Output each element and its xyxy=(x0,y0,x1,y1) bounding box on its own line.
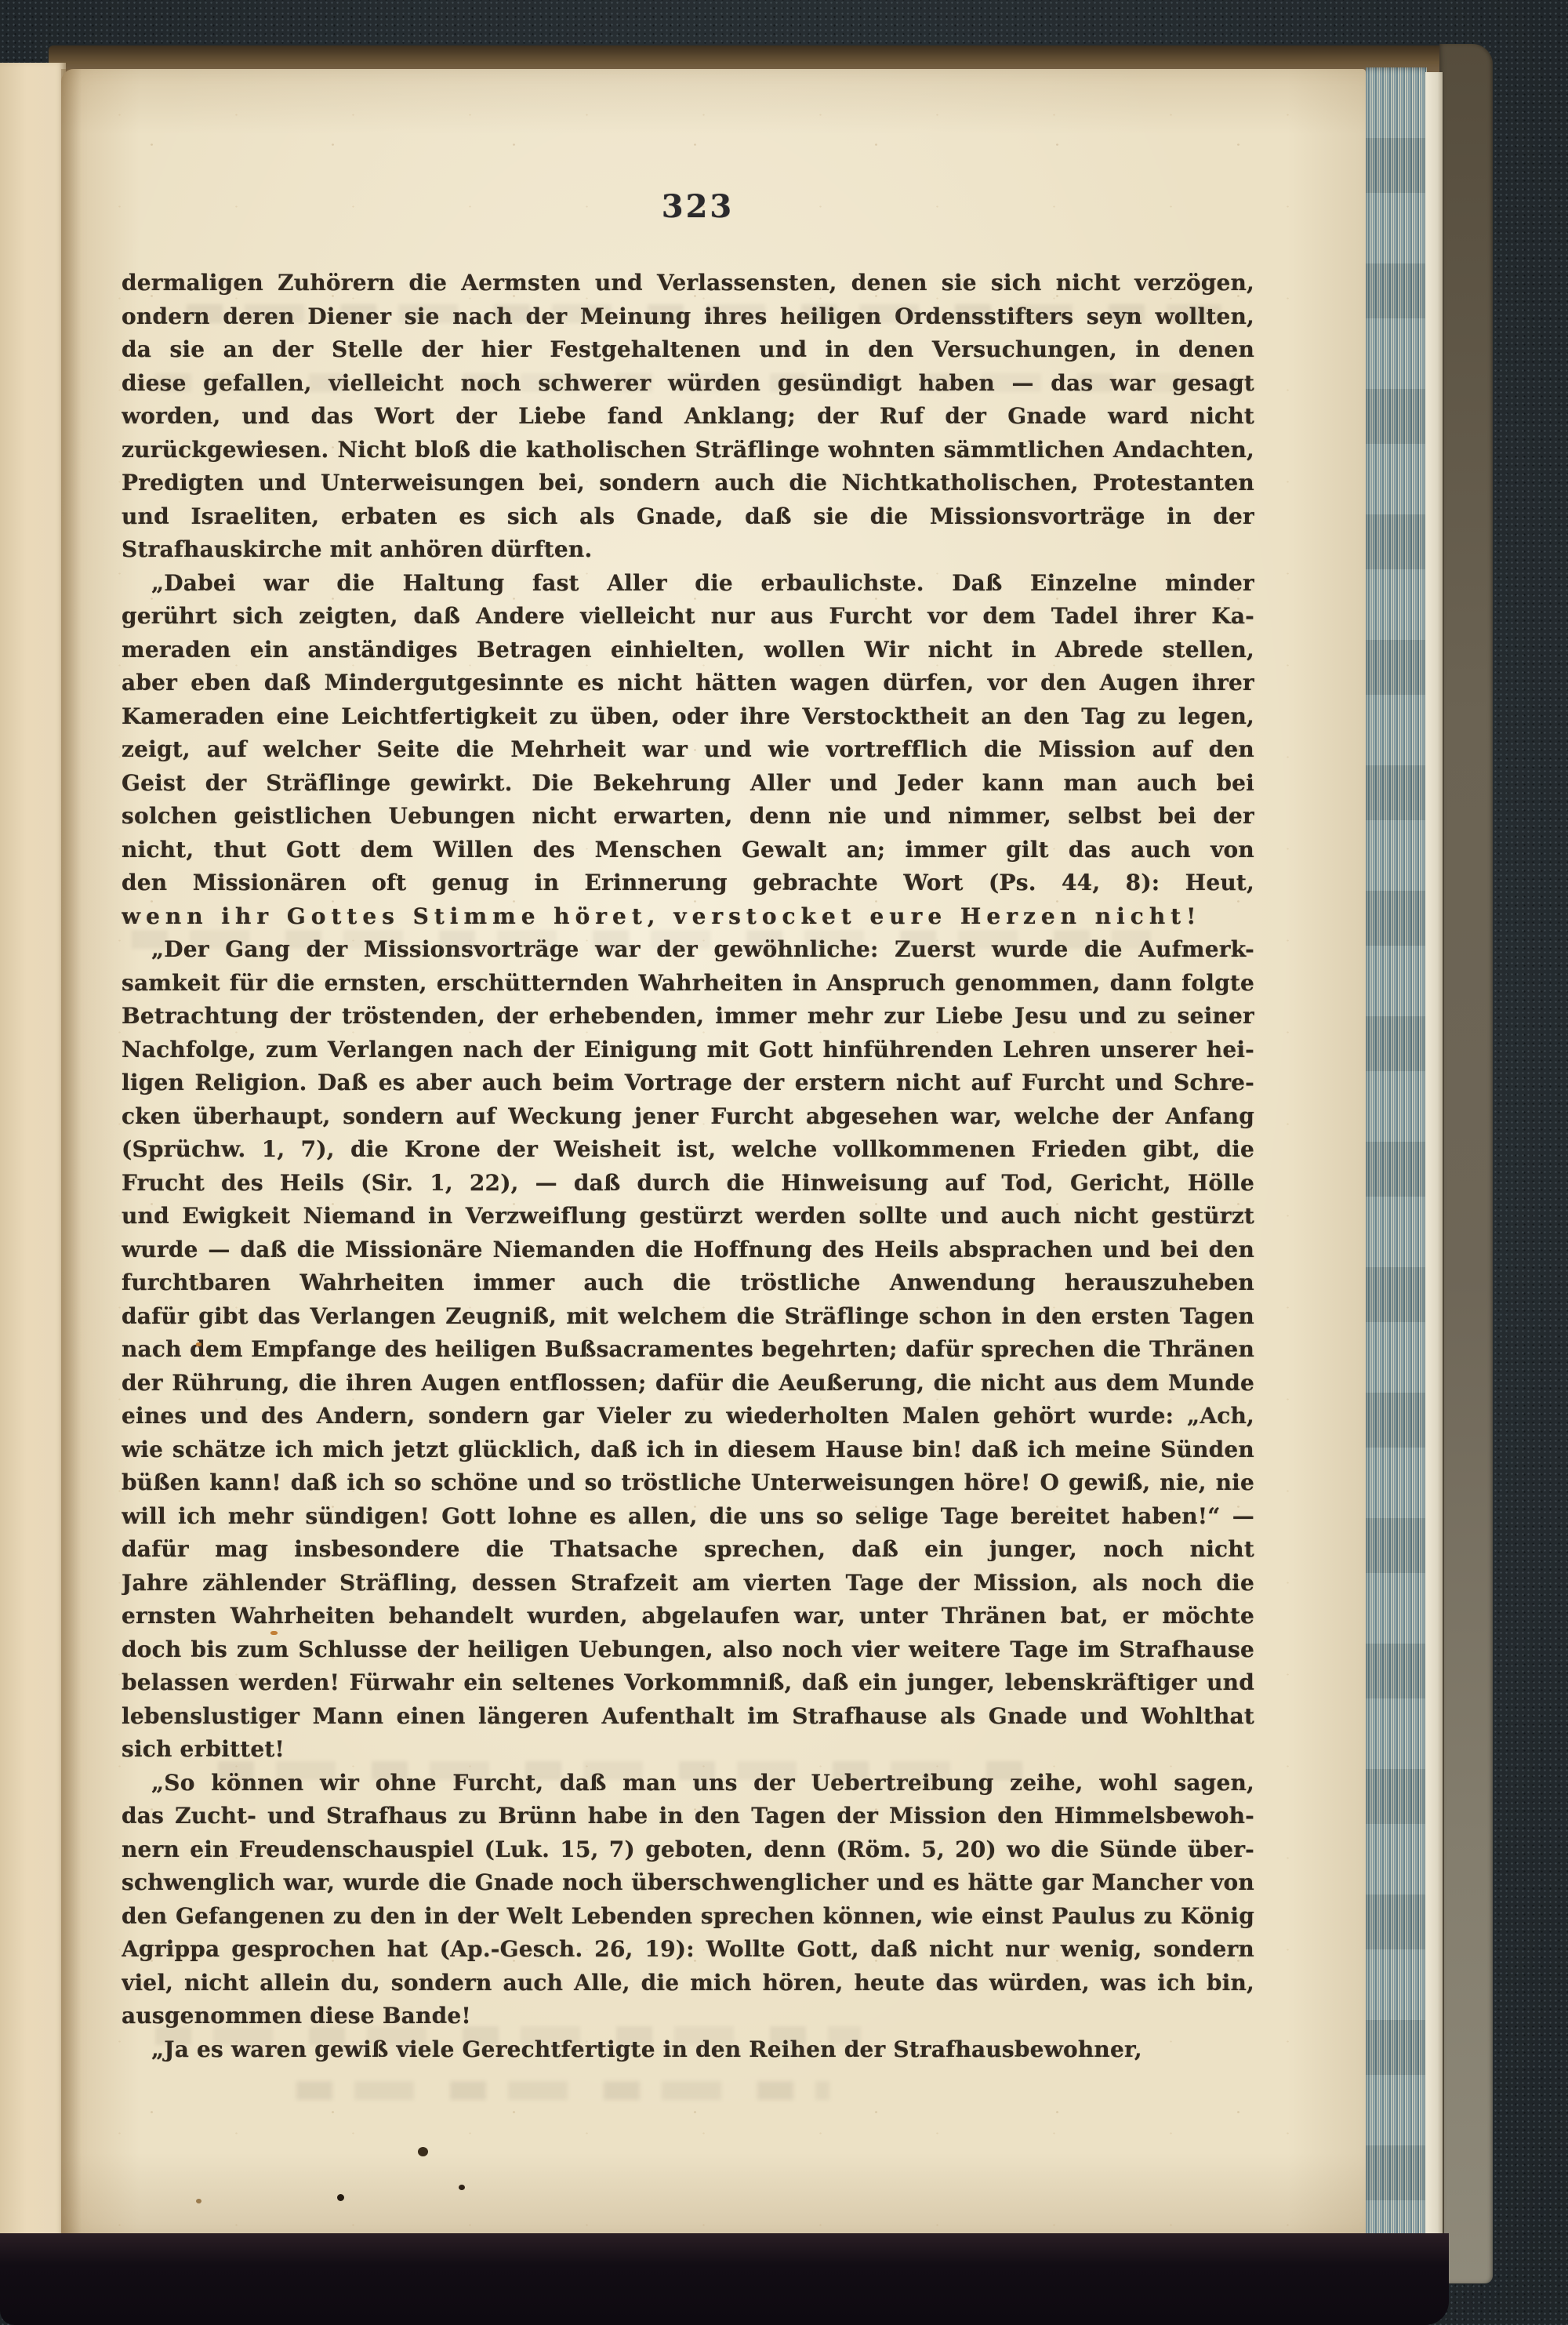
text-line: aber eben daß Mindergutgesinnte es nicht… xyxy=(122,667,1254,700)
text-line: viel, nicht allein du, sondern auch Alle… xyxy=(122,1967,1254,2000)
text-line: Geist der Sträflinge gewirkt. Die Bekehr… xyxy=(122,767,1254,801)
text-line: Nachfolge, zum Verlangen nach der Einigu… xyxy=(122,1034,1254,1067)
text-line: „Der Gang der Missionsvorträge war der g… xyxy=(122,933,1254,967)
text-line: Kameraden eine Leichtfertigkeit zu üben,… xyxy=(122,700,1254,734)
text-line: will ich mehr sündigen! Gott lohne es al… xyxy=(122,1500,1254,1534)
foxing-speck xyxy=(196,1342,201,1346)
text-line: nach dem Empfange des heiligen Bußsacram… xyxy=(122,1333,1254,1367)
scanned-book-photo: 323 dermaligen Zuhörern die Aermsten und… xyxy=(0,0,1568,2325)
text-line: eines und des Andern, sondern gar Vieler… xyxy=(122,1400,1254,1433)
text-line: „So können wir ohne Furcht, daß man uns … xyxy=(122,1767,1254,1800)
text-line: „Ja es waren gewiß viele Gerechtfertigte… xyxy=(122,2033,1254,2067)
text-line: Jahre zählender Sträfling, dessen Strafz… xyxy=(122,1567,1254,1600)
text-line: der Rührung, die ihren Augen entflossen;… xyxy=(122,1367,1254,1400)
text-line: (Sprüchw. 1, 7), die Krone der Weisheit … xyxy=(122,1133,1254,1167)
text-line: „Dabei war die Haltung fast Aller die er… xyxy=(122,567,1254,601)
text-line: gerührt sich zeigten, daß Andere viellei… xyxy=(122,600,1254,634)
page-stack-fore-edge xyxy=(1366,67,1427,2260)
text-line: diese gefallen, vielleicht noch schwerer… xyxy=(122,367,1254,401)
facing-page-edge xyxy=(0,63,66,2240)
text-line: cken überhaupt, sondern auf Weckung jene… xyxy=(122,1100,1254,1134)
foxing-speck xyxy=(337,2194,344,2201)
text-line: solchen geistlichen Uebungen nicht erwar… xyxy=(122,800,1254,834)
text-line: schwenglich war, wurde die Gnade noch üb… xyxy=(122,1866,1254,1900)
text-line: Betrachtung der tröstenden, der erhebend… xyxy=(122,1000,1254,1034)
text-line: wurde — daß die Missionäre Niemanden die… xyxy=(122,1233,1254,1267)
fore-edge-outer-sheet xyxy=(1425,72,1444,2261)
text-line: zeigt, auf welcher Seite die Mehrheit wa… xyxy=(122,733,1254,767)
text-line: lebenslustiger Mann einen längeren Aufen… xyxy=(122,1700,1254,1734)
text-line: meraden ein anständiges Betragen einhiel… xyxy=(122,634,1254,667)
text-line: doch bis zum Schlusse der heiligen Uebun… xyxy=(122,1633,1254,1667)
text-line: nern ein Freudenschauspiel (Luk. 15, 7) … xyxy=(122,1833,1254,1867)
foxing-speck xyxy=(270,1631,278,1635)
text-line: da sie an der Stelle der hier Festgehalt… xyxy=(122,333,1254,367)
text-line: nicht, thut Gott dem Willen des Menschen… xyxy=(122,834,1254,867)
text-line: ondern deren Diener sie nach der Meinung… xyxy=(122,300,1254,334)
text-line: zurückgewiesen. Nicht bloß die katholisc… xyxy=(122,434,1254,467)
page-text-block: dermaligen Zuhörern die Aermsten und Ver… xyxy=(122,267,1254,2066)
text-line: furchtbaren Wahrheiten immer auch die tr… xyxy=(122,1266,1254,1300)
text-line: und Ewigkeit Niemand in Verzweiflung ges… xyxy=(122,1200,1254,1233)
show-through-smudge xyxy=(296,2081,829,2100)
text-line: den Missionären oft genug in Erinnerung … xyxy=(122,866,1254,900)
text-line: Agrippa gesprochen hat (Ap.-Gesch. 26, 1… xyxy=(122,1933,1254,1967)
text-line: Frucht des Heils (Sir. 1, 22), — daß dur… xyxy=(122,1167,1254,1201)
text-line: ernsten Wahrheiten behandelt wurden, abg… xyxy=(122,1600,1254,1633)
text-line: ligen Religion. Daß es aber auch beim Vo… xyxy=(122,1066,1254,1100)
page-number: 323 xyxy=(612,188,784,225)
text-line: samkeit für die ernsten, erschütternden … xyxy=(122,967,1254,1001)
text-line: dafür mag insbesondere die Thatsache spr… xyxy=(122,1533,1254,1567)
book-page: 323 dermaligen Zuhörern die Aermsten und… xyxy=(61,69,1366,2240)
text-line: dafür gibt das Verlangen Zeugniß, mit we… xyxy=(122,1300,1254,1334)
text-line: wie schätze ich mich jetzt glücklich, da… xyxy=(122,1433,1254,1467)
text-line: Predigten und Unterweisungen bei, sonder… xyxy=(122,467,1254,500)
text-line: und Israeliten, erbaten es sich als Gnad… xyxy=(122,500,1254,534)
foxing-speck xyxy=(459,2185,465,2190)
foxing-speck xyxy=(196,2199,201,2203)
text-line: wenn ihr Gottes Stimme höret, verstocket… xyxy=(122,900,1254,934)
gutter-shadow xyxy=(61,69,82,2240)
foxing-speck xyxy=(418,2147,428,2156)
text-line: das Zucht- und Strafhaus zu Brünn habe i… xyxy=(122,1800,1254,1833)
text-line: sich erbittet! xyxy=(122,1733,1254,1767)
text-line: worden, und das Wort der Liebe fand Ankl… xyxy=(122,400,1254,434)
text-line: Strafhauskirche mit anhören dürften. xyxy=(122,533,1254,567)
text-line: belassen werden! Fürwahr ein seltenes Vo… xyxy=(122,1666,1254,1700)
text-line: büßen kann! daß ich so schöne und so trö… xyxy=(122,1466,1254,1500)
text-line: den Gefangenen zu den in der Welt Lebend… xyxy=(122,1900,1254,1934)
text-line: dermaligen Zuhörern die Aermsten und Ver… xyxy=(122,267,1254,300)
book-bottom-shadow xyxy=(0,2233,1449,2325)
text-line: ausgenommen diese Bande! xyxy=(122,2000,1254,2033)
book-cover-right-edge xyxy=(1439,44,1493,2283)
